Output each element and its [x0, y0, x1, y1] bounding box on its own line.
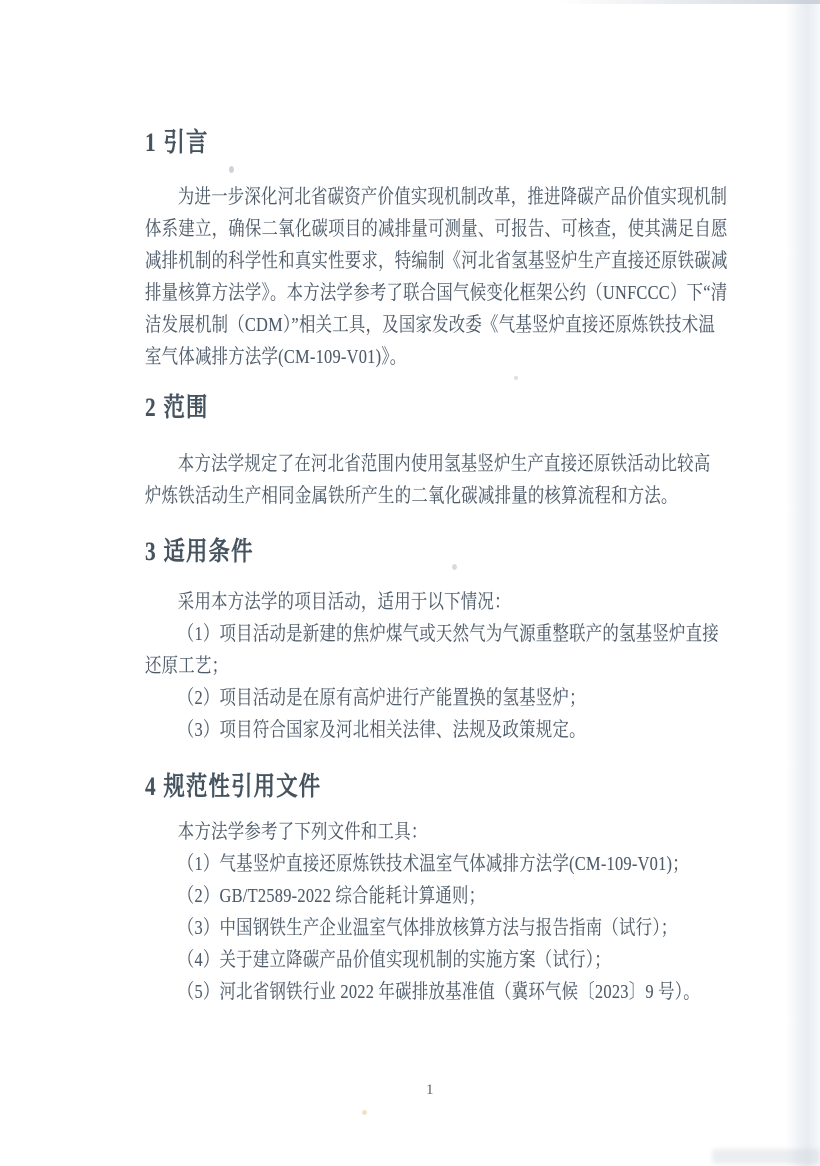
text-line: 炉炼铁活动生产相同金属铁所产生的二氧化碳减排量的核算流程和方法。: [145, 480, 727, 512]
section-applicability-paragraph: 采用本方法学的项目活动，适用于以下情况： （1）项目活动是新建的焦炉煤气或天然气…: [145, 586, 727, 746]
section-introduction-paragraph: 为进一步深化河北省碳资产价值实现机制改革，推进降碳产品价值实现机制 体系建立，确…: [145, 181, 727, 373]
section-heading-scope: 2 范围: [145, 391, 209, 425]
scan-smudge-bottom-right: [712, 1149, 820, 1164]
list-item-line: （3）中国钢铁生产企业温室气体排放核算方法与报告指南（试行）；: [145, 912, 727, 944]
document-body: 1 引言 为进一步深化河北省碳资产价值实现机制改革，推进降碳产品价值实现机制 体…: [145, 0, 727, 1166]
text-line: 本方法学规定了在河北省范围内使用氢基竖炉生产直接还原铁活动比较高: [145, 448, 727, 480]
list-item-line: （4）关于建立降碳产品价值实现机制的实施方案（试行）；: [145, 944, 727, 976]
list-item-line: （5）河北省钢铁行业 2022 年碳排放基准值（冀环气候〔2023〕9 号）。: [145, 976, 727, 1008]
list-item-line: （1）气基竖炉直接还原炼铁技术温室气体减排方法学(CM-109-V01)；: [145, 848, 727, 880]
text-line: 室气体减排方法学(CM-109-V01)》。: [145, 341, 727, 373]
list-item-line: （2）项目活动是在原有高炉进行产能置换的氢基竖炉；: [145, 682, 727, 714]
text-line: 体系建立，确保二氧化碳项目的减排量可测量、可报告、可核查，使其满足自愿: [145, 213, 727, 245]
text-line: 本方法学参考了下列文件和工具：: [145, 816, 727, 848]
list-item-line: （1）项目活动是新建的焦炉煤气或天然气为气源重整联产的氢基竖炉直接: [145, 618, 727, 650]
list-item-line: （2）GB/T2589-2022 综合能耗计算通则；: [145, 880, 727, 912]
text-line: 为进一步深化河北省碳资产价值实现机制改革，推进降碳产品价值实现机制: [145, 181, 727, 213]
text-line: 排量核算方法学》。本方法学参考了联合国气候变化框架公约（UNFCCC）下“清: [145, 277, 727, 309]
scan-shadow-right: [786, 0, 820, 1166]
text-line: 减排机制的科学性和真实性要求，特编制《河北省氢基竖炉生产直接还原铁碳减: [145, 245, 727, 277]
section-heading-applicability: 3 适用条件: [145, 535, 254, 569]
page-number: 1: [426, 1082, 434, 1099]
document-page: 1 引言 为进一步深化河北省碳资产价值实现机制改革，推进降碳产品价值实现机制 体…: [0, 0, 820, 1166]
list-item-line: 还原工艺；: [145, 650, 727, 682]
section-heading-normative-references: 4 规范性引用文件: [145, 770, 321, 804]
text-line: 洁发展机制（CDM）”相关工具，及国家发改委《气基竖炉直接还原炼铁技术温: [145, 309, 727, 341]
text-line: 采用本方法学的项目活动，适用于以下情况：: [145, 586, 727, 618]
section-scope-paragraph: 本方法学规定了在河北省范围内使用氢基竖炉生产直接还原铁活动比较高 炉炼铁活动生产…: [145, 448, 727, 512]
section-normative-references-paragraph: 本方法学参考了下列文件和工具： （1）气基竖炉直接还原炼铁技术温室气体减排方法学…: [145, 816, 727, 1008]
section-heading-introduction: 1 引言: [145, 126, 209, 160]
list-item-line: （3）项目符合国家及河北相关法律、法规及政策规定。: [145, 714, 727, 746]
